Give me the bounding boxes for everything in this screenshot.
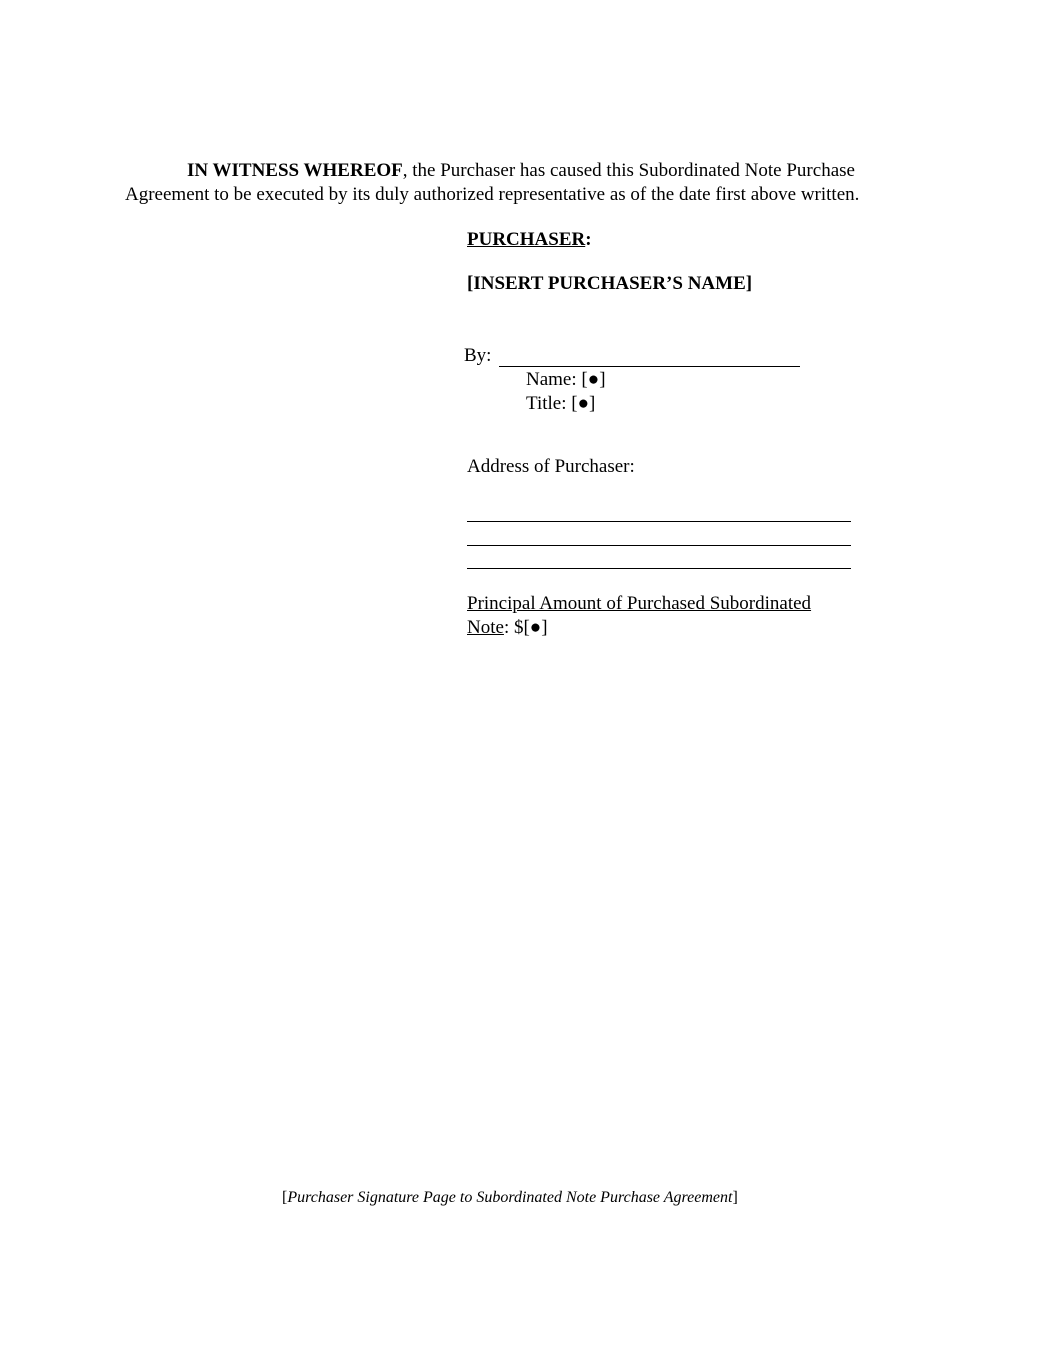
- address-label: Address of Purchaser:: [467, 455, 635, 479]
- footer-text: Purchaser Signature Page to Subordinated…: [287, 1189, 732, 1206]
- note-label: Note: [467, 617, 504, 638]
- address-line-3[interactable]: [467, 568, 851, 569]
- principal-amount-line-2: Note: $[●]: [467, 616, 548, 640]
- page-footer: [Purchaser Signature Page to Subordinate…: [282, 1186, 738, 1210]
- in-witness-whereof: IN WITNESS WHEREOF: [187, 160, 403, 181]
- purchaser-heading: PURCHASER:: [467, 228, 592, 252]
- principal-amount-value: : $[●]: [504, 617, 548, 638]
- address-line-1[interactable]: [467, 521, 851, 522]
- purchaser-name-placeholder: [INSERT PURCHASER’S NAME]: [467, 272, 752, 296]
- intro-line-1: IN WITNESS WHEREOF, the Purchaser has ca…: [187, 159, 855, 183]
- intro-line-2: Agreement to be executed by its duly aut…: [125, 183, 859, 207]
- by-label: By:: [464, 344, 491, 368]
- purchaser-heading-colon: :: [585, 229, 591, 250]
- address-line-2[interactable]: [467, 545, 851, 546]
- purchaser-heading-text: PURCHASER: [467, 229, 585, 250]
- principal-amount-label: Principal Amount of Purchased Subordinat…: [467, 592, 811, 616]
- intro-line-1-text: , the Purchaser has caused this Subordin…: [403, 160, 855, 181]
- footer-close-bracket: ]: [732, 1189, 737, 1206]
- signer-name: Name: [●]: [526, 368, 606, 392]
- signer-title: Title: [●]: [526, 392, 595, 416]
- signature-line[interactable]: [499, 366, 800, 367]
